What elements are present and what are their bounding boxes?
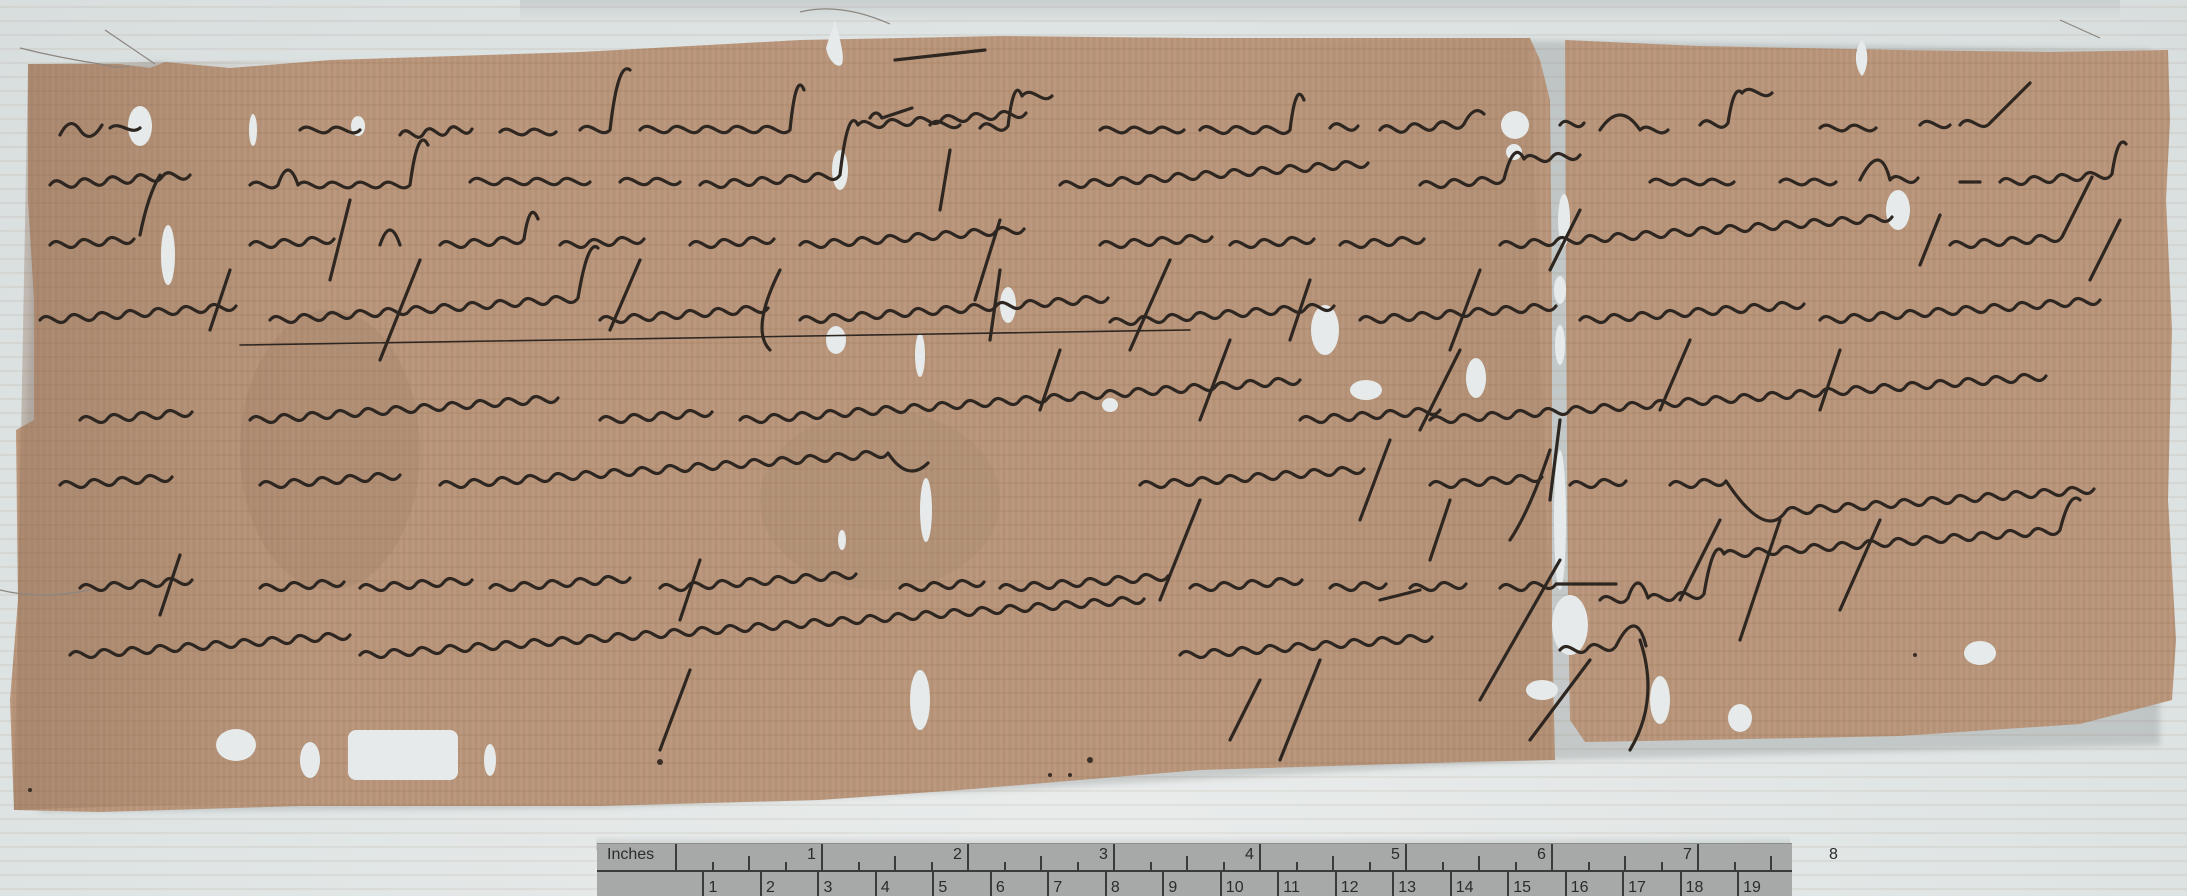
cm-tick: [1680, 872, 1682, 896]
inch-label: 8: [1829, 847, 1838, 863]
cm-tick: [875, 872, 877, 896]
inch-tick: [1150, 862, 1152, 870]
cm-tick: [1047, 872, 1049, 896]
cm-tick: [702, 872, 704, 896]
inch-label: 7: [1683, 847, 1692, 863]
cm-tick: [1565, 872, 1567, 896]
cm-tick: [1392, 872, 1394, 896]
cm-label: 6: [996, 880, 1005, 896]
inch-label: 6: [1537, 847, 1546, 863]
cm-label: 7: [1053, 880, 1062, 896]
papyrus-sheet: illegible cursive — line 1 illegible cur…: [0, 0, 2187, 896]
cm-label: 12: [1341, 880, 1359, 896]
inch-tick: [1770, 856, 1772, 870]
cm-label: 18: [1686, 880, 1704, 896]
cm-tick: [1277, 872, 1279, 896]
inch-tick: [1442, 862, 1444, 870]
measurement-ruler: Inches 123456781234567891011121314151617…: [597, 843, 1792, 896]
cm-tick: [1622, 872, 1624, 896]
cm-label: 9: [1168, 880, 1177, 896]
inch-tick: [1296, 862, 1298, 870]
inch-label: 4: [1245, 847, 1254, 863]
inch-tick: [894, 856, 896, 870]
cm-tick: [1105, 872, 1107, 896]
cm-tick: [1737, 872, 1739, 896]
inch-tick: [1478, 856, 1480, 870]
inch-tick: [1004, 862, 1006, 870]
cm-label: 17: [1628, 880, 1646, 896]
cm-tick: [932, 872, 934, 896]
cm-label: 4: [881, 880, 890, 896]
cm-tick: [1450, 872, 1452, 896]
inch-tick: [1332, 856, 1334, 870]
cm-tick: [1507, 872, 1509, 896]
cm-tick: [1162, 872, 1164, 896]
papyrus-image: [0, 0, 2187, 896]
inch-tick: [1186, 856, 1188, 870]
cm-tick: [817, 872, 819, 896]
inch-tick: [1661, 862, 1663, 870]
cm-label: 14: [1456, 880, 1474, 896]
inch-tick: [748, 856, 750, 870]
inch-tick: [1515, 862, 1517, 870]
inch-tick: [712, 862, 714, 870]
cm-tick: [1220, 872, 1222, 896]
inch-label: 1: [807, 847, 816, 863]
cm-label: 8: [1111, 880, 1120, 896]
cm-label: 13: [1398, 880, 1416, 896]
cm-label: 15: [1513, 880, 1531, 896]
inch-tick: [785, 862, 787, 870]
inch-tick: [1259, 844, 1261, 870]
cm-label: 19: [1743, 880, 1761, 896]
inch-tick: [1734, 862, 1736, 870]
cm-label: 11: [1283, 880, 1300, 896]
ruler-divider: [597, 870, 1792, 872]
inch-tick: [1624, 856, 1626, 870]
inch-tick: [1077, 862, 1079, 870]
cm-label: 10: [1226, 880, 1244, 896]
inch-label: 5: [1391, 847, 1400, 863]
cm-label: 3: [823, 880, 832, 896]
cm-label: 1: [708, 880, 717, 896]
cm-tick: [990, 872, 992, 896]
inch-tick: [967, 844, 969, 870]
cm-label: 16: [1571, 880, 1589, 896]
inch-tick: [1040, 856, 1042, 870]
inch-tick: [1223, 862, 1225, 870]
cm-label: 5: [938, 880, 947, 896]
inch-tick: [1405, 844, 1407, 870]
cm-tick: [760, 872, 762, 896]
ruler-unit-label: Inches: [607, 846, 654, 864]
inch-tick: [1369, 862, 1371, 870]
inch-label: 3: [1099, 847, 1108, 863]
inch-tick: [1113, 844, 1115, 870]
inch-tick: [931, 862, 933, 870]
inch-tick: [1588, 862, 1590, 870]
cm-label: 2: [766, 880, 775, 896]
inch-tick: [821, 844, 823, 870]
inch-tick: [1697, 844, 1699, 870]
inch-tick: [1551, 844, 1553, 870]
inch-tick: [675, 844, 677, 870]
inch-label: 2: [953, 847, 962, 863]
inch-tick: [858, 862, 860, 870]
cm-tick: [1335, 872, 1337, 896]
